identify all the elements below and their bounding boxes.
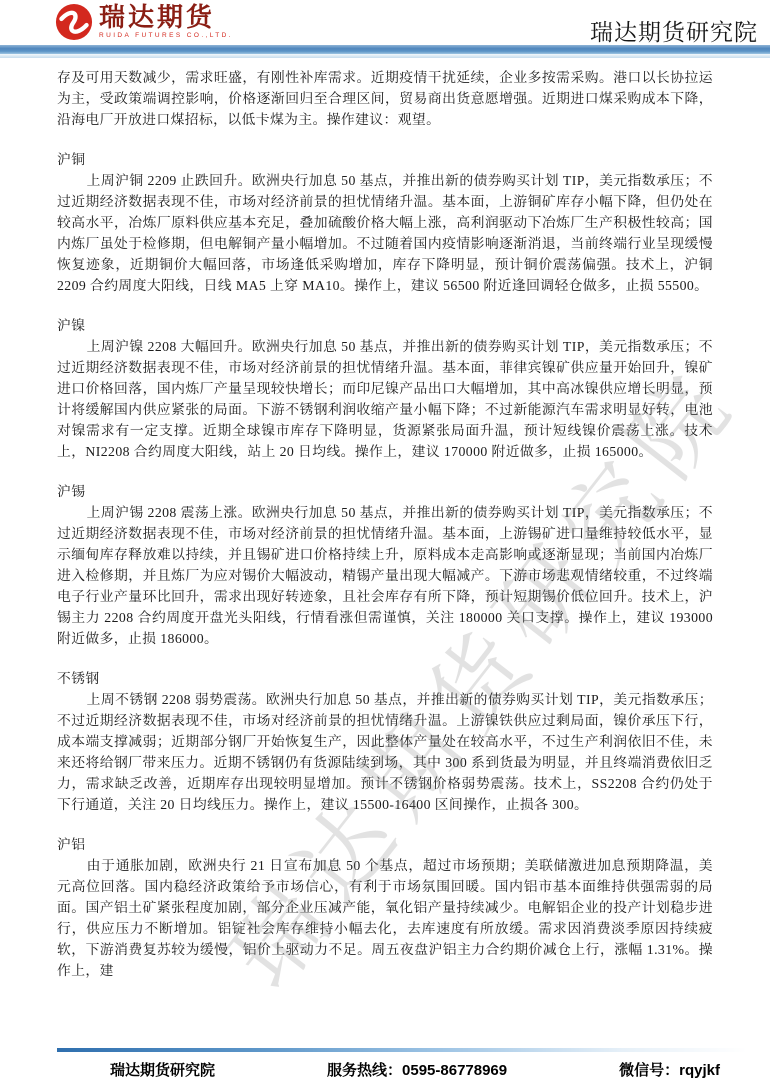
report-page: 瑞达期货 RUIDA FUTURES CO.,LTD. 瑞达期货研究院 存及可用… — [0, 0, 770, 1089]
brand-text: 瑞达期货 RUIDA FUTURES CO.,LTD. — [99, 4, 233, 40]
section-heading-aluminum: 沪铝 — [57, 834, 713, 855]
footer-hotline: 服务热线：0595-86778969 — [327, 1059, 507, 1080]
brand-name-en: RUIDA FUTURES CO.,LTD. — [99, 33, 233, 40]
footer-institute: 瑞达期货研究院 — [110, 1059, 215, 1080]
page-header: 瑞达期货 RUIDA FUTURES CO.,LTD. 瑞达期货研究院 — [0, 0, 770, 45]
paragraph-copper: 上周沪铜 2209 止跌回升。欧洲央行加息 50 基点，并推出新的债券购买计划 … — [57, 170, 713, 296]
paragraph-nickel: 上周沪镍 2208 大幅回升。欧洲央行加息 50 基点，并推出新的债券购买计划 … — [57, 336, 713, 462]
section-heading-nickel: 沪镍 — [57, 315, 713, 336]
header-divider-bar-sub — [0, 54, 770, 58]
brand-name-cn: 瑞达期货 — [99, 4, 233, 30]
section-heading-stainless-steel: 不锈钢 — [57, 668, 713, 689]
institute-title: 瑞达期货研究院 — [590, 14, 758, 47]
company-logo: 瑞达期货 RUIDA FUTURES CO.,LTD. — [55, 3, 233, 41]
paragraph-tin: 上周沪锡 2208 震荡上涨。欧洲央行加息 50 基点，并推出新的债券购买计划 … — [57, 502, 713, 649]
page-footer: 瑞达期货研究院 服务热线：0595-86778969 微信号：rqyjkf — [110, 1059, 720, 1080]
ruida-logo-icon — [55, 3, 93, 41]
header-divider-bar — [0, 45, 770, 54]
report-body: 存及可用天数减少，需求旺盛，有刚性补库需求。近期疫情干扰延续，企业多按需采购。港… — [57, 67, 713, 981]
footer-wechat: 微信号：rqyjkf — [619, 1059, 720, 1080]
footer-divider-bar — [57, 1048, 747, 1052]
paragraph-coal-continuation: 存及可用天数减少，需求旺盛，有刚性补库需求。近期疫情干扰延续，企业多按需采购。港… — [57, 67, 713, 130]
section-heading-copper: 沪铜 — [57, 149, 713, 170]
paragraph-aluminum: 由于通胀加剧，欧洲央行 21 日宣布加息 50 个基点，超过市场预期；美联储激进… — [57, 855, 713, 981]
section-heading-tin: 沪锡 — [57, 481, 713, 502]
paragraph-stainless-steel: 上周不锈钢 2208 弱势震荡。欧洲央行加息 50 基点，并推出新的债券购买计划… — [57, 689, 713, 815]
